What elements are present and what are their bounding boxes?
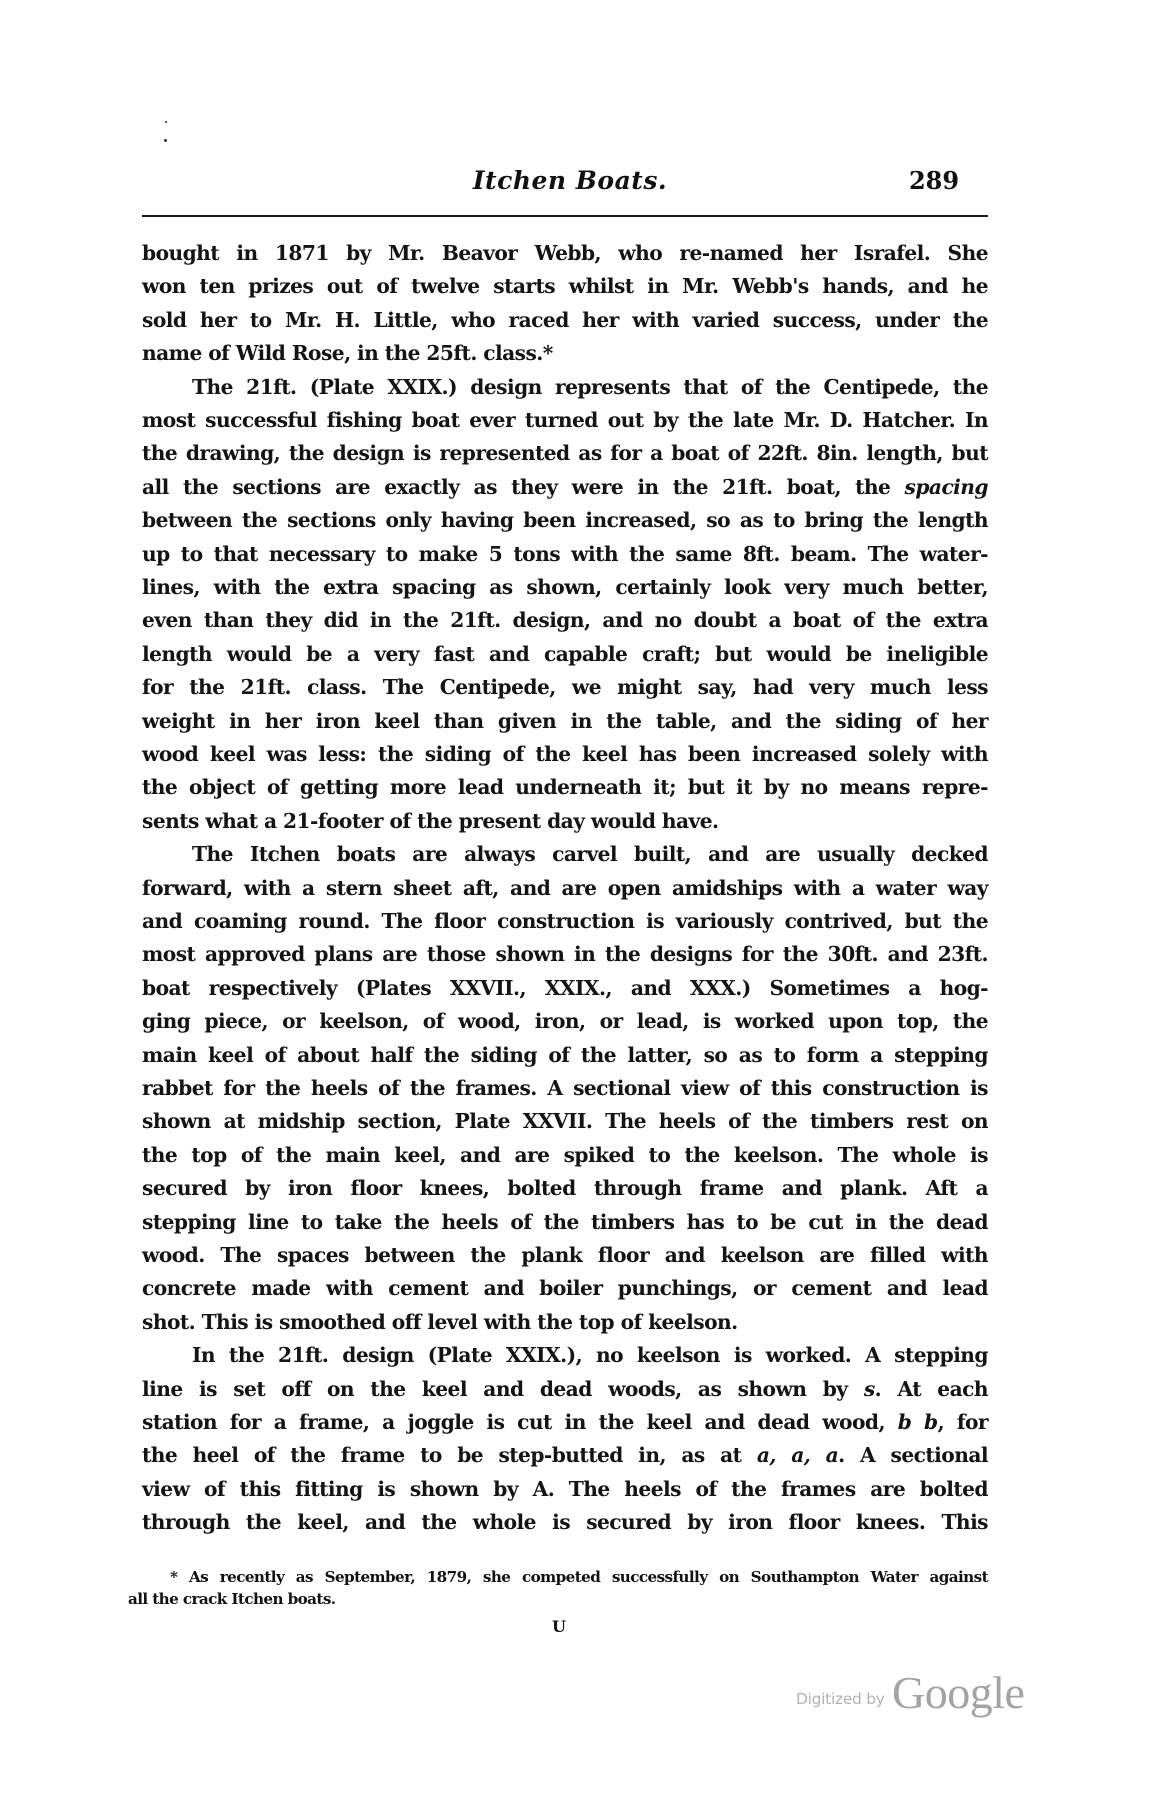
text-line: the object of getting more lead undernea… <box>142 770 988 804</box>
text-line: for the 21ft. class. The Centipede, we m… <box>142 670 988 704</box>
footnote-line: all the crack Itchen boats. <box>128 1588 988 1610</box>
italic-reference: a, a, a <box>757 1443 838 1467</box>
text-line: station for a frame, a joggle is cut in … <box>142 1405 988 1439</box>
running-title: Itchen Boats. <box>440 166 700 195</box>
signature-mark: U <box>549 1617 569 1636</box>
book-page: Itchen Boats. 289 bought in 1871 by Mr. … <box>0 0 1153 1800</box>
text-line: through the keel, and the whole is secur… <box>142 1505 988 1539</box>
text-line: up to that necessary to make 5 tons with… <box>142 537 988 571</box>
text-line: wood. The spaces between the plank floor… <box>142 1238 988 1272</box>
text-line: The 21ft. (Plate XXIX.) design represent… <box>192 370 988 404</box>
text-line: wood keel was less: the siding of the ke… <box>142 737 988 771</box>
text-line: the top of the main keel, and are spiked… <box>142 1138 988 1172</box>
text-line: most approved plans are those shown in t… <box>142 937 988 971</box>
text-line: name of Wild Rose, in the 25ft. class.* <box>142 336 988 370</box>
scan-speck <box>164 139 167 142</box>
watermark-prefix: Digitized by <box>796 1690 885 1708</box>
scan-speck <box>165 121 167 123</box>
text-line: ging piece, or keelson, of wood, iron, o… <box>142 1004 988 1038</box>
text-line: concrete made with cement and boiler pun… <box>142 1271 988 1305</box>
text-line: and coaming round. The floor constructio… <box>142 904 988 938</box>
text-line: between the sections only having been in… <box>142 503 988 537</box>
text-line: secured by iron floor knees, bolted thro… <box>142 1171 988 1205</box>
text-line: rabbet for the heels of the frames. A se… <box>142 1071 988 1105</box>
text-line: In the 21ft. design (Plate XXIX.), no ke… <box>192 1338 988 1372</box>
text-line: sents what a 21-footer of the present da… <box>142 804 988 838</box>
text-line: boat respectively (Plates XXVII., XXIX.,… <box>142 971 988 1005</box>
text-line: bought in 1871 by Mr. Beavor Webb, who r… <box>142 236 988 270</box>
text-line: sold her to Mr. H. Little, who raced her… <box>142 303 988 337</box>
italic-reference: s <box>864 1377 875 1401</box>
page-number: 289 <box>904 166 964 195</box>
text-line: stepping line to take the heels of the t… <box>142 1205 988 1239</box>
text-line: the heel of the frame to be step-butted … <box>142 1438 988 1472</box>
google-logo-text: Google <box>892 1666 1024 1719</box>
text-line: even than they did in the 21ft. design, … <box>142 603 988 637</box>
text-line: length would be a very fast and capable … <box>142 637 988 671</box>
text-line: main keel of about half the siding of th… <box>142 1038 988 1072</box>
text-line: all the sections are exactly as they wer… <box>142 470 988 504</box>
header-rule <box>142 215 988 217</box>
text-line: won ten prizes out of twelve starts whil… <box>142 269 988 303</box>
text-line: view of this fitting is shown by A. The … <box>142 1472 988 1506</box>
text-line: line is set off on the keel and dead woo… <box>142 1372 988 1406</box>
italic-reference: b b <box>898 1410 938 1434</box>
italic-emphasis: spacing <box>905 475 988 499</box>
text-line: the drawing, the design is represented a… <box>142 436 988 470</box>
footnote-line: * As recently as September, 1879, she co… <box>170 1566 988 1588</box>
text-line: lines, with the extra spacing as shown, … <box>142 570 988 604</box>
text-line: shown at midship section, Plate XXVII. T… <box>142 1104 988 1138</box>
text-line: forward, with a stern sheet aft, and are… <box>142 871 988 905</box>
text-line: shot. This is smoothed off level with th… <box>142 1305 988 1339</box>
text-line: The Itchen boats are always carvel built… <box>192 837 988 871</box>
text-line: most successful fishing boat ever turned… <box>142 403 988 437</box>
digitized-by-google-watermark: Digitized by Google <box>796 1672 1046 1732</box>
text-line: weight in her iron keel than given in th… <box>142 704 988 738</box>
